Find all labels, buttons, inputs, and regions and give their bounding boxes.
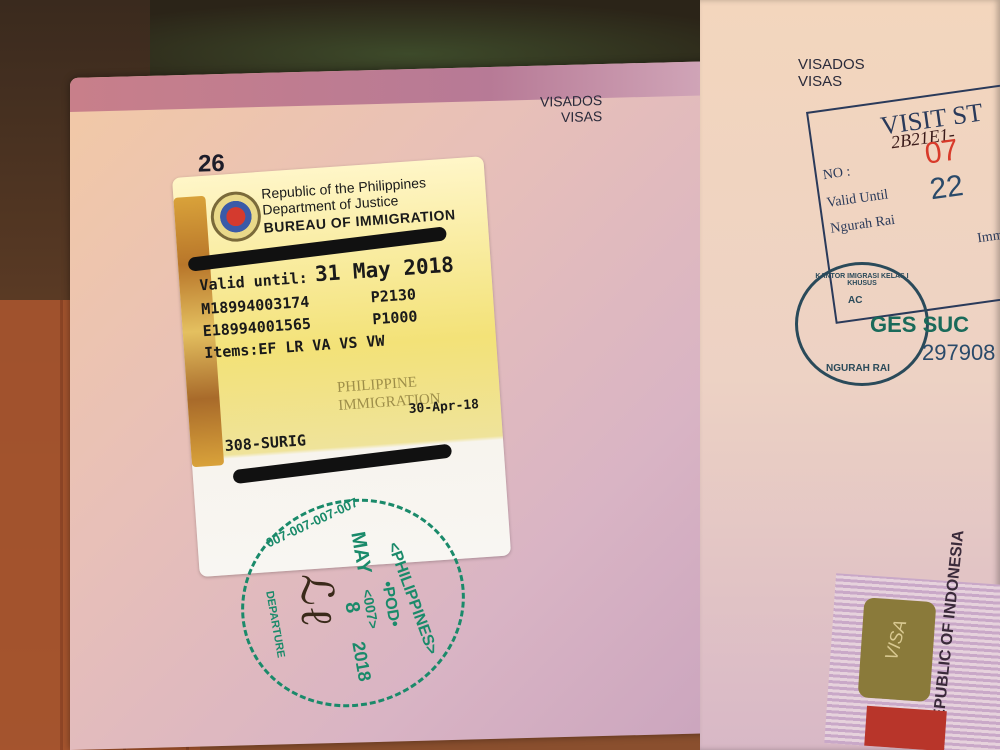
officer-signature: ℒℓ: [291, 574, 342, 627]
visa-country: REPUBLIC OF INDONESIA: [929, 529, 968, 732]
right-visas-line1: VISADOS: [798, 56, 865, 73]
valid-until-label: Valid Until: [826, 187, 889, 211]
indonesia-visa-sticker: VISA REPUBLIC OF INDONESIA: [824, 573, 1000, 750]
receipt-code-1: M18994003174: [201, 293, 310, 319]
visa-label: VISA: [881, 618, 911, 663]
valid-until-date: 31 May 2018: [314, 253, 454, 287]
passport-right-page: VISADOS VISAS VISIT ST 2B21E1- NO : Vali…: [700, 0, 1000, 750]
green-stamp-text: GES SUC: [870, 312, 969, 338]
office-code: 308-SURIG: [224, 431, 306, 455]
visas-header-line2: VISAS: [540, 108, 602, 126]
visas-header-line1: VISADOS: [540, 92, 602, 110]
receipt-amount-2: P1000: [372, 307, 418, 328]
red-entry-number: 07: [923, 133, 961, 171]
valid-until-label: Valid until:: [199, 269, 308, 295]
stamp-serial-number: 297908: [922, 340, 995, 366]
round-stamp-inner: AC: [848, 295, 862, 306]
port-label: Ngurah Rai: [830, 213, 897, 238]
no-label: NO :: [822, 164, 852, 184]
bureau-seal-icon: [209, 190, 262, 243]
right-visas-line2: VISAS: [798, 73, 865, 90]
right-visas-header: VISADOS VISAS: [798, 56, 865, 90]
visa-red-band: [864, 706, 947, 750]
round-stamp-bottom: NGURAH RAI: [826, 363, 890, 374]
visas-header: VISADOS VISAS: [540, 92, 602, 126]
visa-hologram: VISA: [858, 597, 937, 702]
imm-footer: Imm: [976, 228, 1000, 248]
receipt-amount-1: P2130: [370, 285, 416, 306]
blue-valid-number: 22: [928, 169, 966, 207]
round-stamp-ring: KANTOR IMIGRASI KELAS I KHUSUS: [812, 273, 912, 287]
receipt-code-2: E18994001565: [202, 315, 311, 341]
